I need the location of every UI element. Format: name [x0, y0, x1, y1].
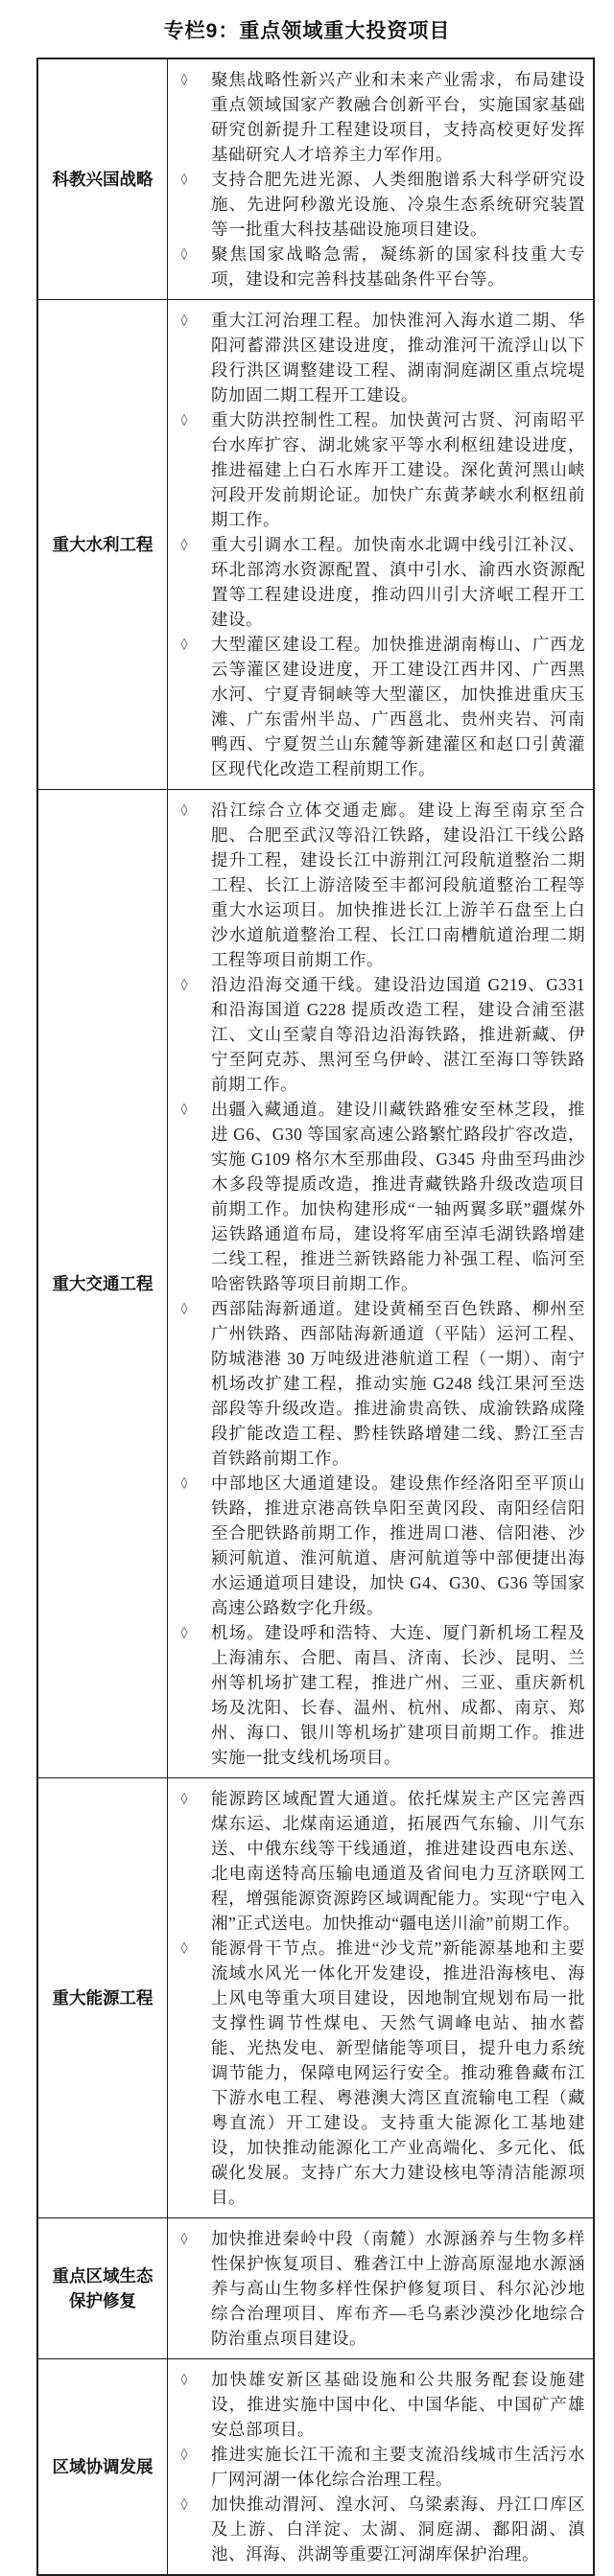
list-item-text: 支持合肥先进光源、人类细胞谱系大科学研究设施、先进阿秒激光设施、冷泉生态系统研究…: [211, 167, 585, 242]
list-item: ◇ 沿江综合立体交通走廊。建设上海至南京至合肥、合肥至武汉等沿江铁路，建设沿江干…: [179, 798, 585, 972]
page-title: 专栏9：重点领域重大投资项目: [0, 15, 614, 44]
list-item: ◇ 机场。建设呼和浩特、大连、厦门新机场工程及上海浦东、合肥、南昌、济南、长沙、…: [179, 1620, 585, 1770]
list-item-text: 能源骨干节点。推进“沙戈荒”新能源基地和主要流域水风光一体化开发建设，推进沿海核…: [211, 1936, 585, 2210]
list-item-text: 出疆入藏通道。建设川藏铁路雅安至林芝段，推进 G6、G30 等国家高速公路繁忙路…: [211, 1097, 585, 1296]
list-item-text: 机场。建设呼和浩特、大连、厦门新机场工程及上海浦东、合肥、南昌、济南、长沙、昆明…: [211, 1620, 585, 1770]
list-item: ◇ 能源骨干节点。推进“沙戈荒”新能源基地和主要流域水风光一体化开发建设，推进沿…: [179, 1936, 585, 2210]
list-item-text: 重大防洪控制性工程。加快黄河古贤、河南昭平台水库扩容、湖北姚家平等水利枢纽建设进…: [211, 407, 585, 532]
row-content-cell: ◇ 能源跨区域配置大通道。依托煤炭主产区完善西煤东运、北煤南运通道，拓展西气东输…: [168, 1778, 595, 2218]
row-content-cell: ◇ 沿江综合立体交通走廊。建设上海至南京至合肥、合肥至武汉等沿江铁路，建设沿江干…: [168, 790, 595, 1778]
row-content-cell: ◇ 重大江河治理工程。加快淮河入海水道二期、华阳河蓄滞洪区建设进度，推动淮河干流…: [168, 300, 595, 790]
list-item-text: 重大江河治理工程。加快淮河入海水道二期、华阳河蓄滞洪区建设进度，推动淮河干流浮山…: [211, 308, 585, 407]
document-page: 专栏9：重点领域重大投资项目 科教兴国战略 ◇ 聚焦战略性新兴产业和未来产业需求…: [0, 0, 614, 2576]
list-item: ◇ 西部陆海新通道。建设黄桶至百色铁路、柳州至广州铁路、西部陆海新通道（平陆）运…: [179, 1296, 585, 1471]
table-body: 科教兴国战略 ◇ 聚焦战略性新兴产业和未来产业需求，布局建设重点领域国家产教融合…: [37, 58, 594, 2575]
list-item: ◇ 中部地区大通道建设。建设焦作经洛阳至平顶山铁路，推进京港高铁阜阳至黄冈段、南…: [179, 1471, 585, 1620]
row-content-cell: ◇ 聚焦战略性新兴产业和未来产业需求，布局建设重点领域国家产教融合创新平台，实施…: [168, 58, 595, 300]
list-item: ◇ 加快推动渭河、湟水河、乌梁素海、丹江口库区及上游、白洋淀、太湖、洞庭湖、鄱阳…: [179, 2492, 585, 2566]
row-header-label: 重大水利工程: [37, 300, 168, 790]
row-content-cell: ◇ 加快雄安新区基础设施和公共服务配套设施建设，推进实施中国中化、中国华能、中国…: [168, 2359, 595, 2576]
table-row: 重大交通工程 ◇ 沿江综合立体交通走廊。建设上海至南京至合肥、合肥至武汉等沿江铁…: [37, 790, 594, 1778]
table-row: 科教兴国战略 ◇ 聚焦战略性新兴产业和未来产业需求，布局建设重点领域国家产教融合…: [37, 58, 594, 300]
diamond-bullet-icon: ◇: [179, 167, 197, 192]
diamond-bullet-icon: ◇: [179, 242, 197, 267]
diamond-bullet-icon: ◇: [179, 532, 197, 557]
diamond-bullet-icon: ◇: [179, 1936, 197, 1961]
list-item-text: 能源跨区域配置大通道。依托煤炭主产区完善西煤东运、北煤南运通道，拓展西气东输、川…: [211, 1786, 585, 1936]
list-item: ◇ 加快雄安新区基础设施和公共服务配套设施建设，推进实施中国中化、中国华能、中国…: [179, 2367, 585, 2442]
list-item-text: 聚焦战略性新兴产业和未来产业需求，布局建设重点领域国家产教融合创新平台，实施国家…: [211, 67, 585, 167]
diamond-bullet-icon: ◇: [179, 1786, 197, 1811]
diamond-bullet-icon: ◇: [179, 2367, 197, 2392]
diamond-bullet-icon: ◇: [179, 67, 197, 92]
list-item: ◇ 聚焦国家战略急需，凝练新的国家科技重大专项，建设和完善科技基础条件平台等。: [179, 242, 585, 291]
row-header-label: 科教兴国战略: [37, 58, 168, 300]
diamond-bullet-icon: ◇: [179, 798, 197, 823]
list-item: ◇ 沿边沿海交通干线。建设沿边国道 G219、G331 和沿海国道 G228 提…: [179, 972, 585, 1097]
list-item: ◇ 加快推进秦岭中段（南麓）水源涵养与生物多样性保护恢复项目、雅砻江中上游高原湿…: [179, 2226, 585, 2351]
row-content-cell: ◇ 加快推进秦岭中段（南麓）水源涵养与生物多样性保护恢复项目、雅砻江中上游高原湿…: [168, 2218, 595, 2359]
row-header-label: 区域协调发展: [37, 2359, 168, 2576]
list-item-text: 重大引调水工程。加快南水北调中线引江补汉、环北部湾水资源配置、滇中引水、渝西水资…: [211, 532, 585, 632]
list-item-text: 加快推进秦岭中段（南麓）水源涵养与生物多样性保护恢复项目、雅砻江中上游高原湿地水…: [211, 2226, 585, 2351]
list-item: ◇ 大型灌区建设工程。加快推进湖南梅山、广西龙云等灌区建设进度，开工建设江西井冈…: [179, 632, 585, 781]
table-row: 重点区域生态保护修复 ◇ 加快推进秦岭中段（南麓）水源涵养与生物多样性保护恢复项…: [37, 2218, 594, 2359]
list-item-text: 加快雄安新区基础设施和公共服务配套设施建设，推进实施中国中化、中国华能、中国矿产…: [211, 2367, 585, 2442]
diamond-bullet-icon: ◇: [179, 632, 197, 657]
diamond-bullet-icon: ◇: [179, 1471, 197, 1496]
list-item: ◇ 聚焦战略性新兴产业和未来产业需求，布局建设重点领域国家产教融合创新平台，实施…: [179, 67, 585, 167]
list-item-text: 大型灌区建设工程。加快推进湖南梅山、广西龙云等灌区建设进度，开工建设江西井冈、广…: [211, 632, 585, 781]
list-item-text: 沿江综合立体交通走廊。建设上海至南京至合肥、合肥至武汉等沿江铁路，建设沿江干线公…: [211, 798, 585, 972]
list-item-text: 加快推动渭河、湟水河、乌梁素海、丹江口库区及上游、白洋淀、太湖、洞庭湖、鄱阳湖、…: [211, 2492, 585, 2566]
row-header-label: 重点区域生态保护修复: [37, 2218, 168, 2359]
diamond-bullet-icon: ◇: [179, 2226, 197, 2251]
diamond-bullet-icon: ◇: [179, 407, 197, 432]
list-item: ◇ 推进实施长江干流和主要支流沿线城市生活污水厂网河湖一体化综合治理工程。: [179, 2442, 585, 2492]
diamond-bullet-icon: ◇: [179, 1620, 197, 1645]
table-row: 重大能源工程 ◇ 能源跨区域配置大通道。依托煤炭主产区完善西煤东运、北煤南运通道…: [37, 1778, 594, 2218]
investment-projects-table: 科教兴国战略 ◇ 聚焦战略性新兴产业和未来产业需求，布局建设重点领域国家产教融合…: [36, 58, 595, 2576]
list-item: ◇ 重大江河治理工程。加快淮河入海水道二期、华阳河蓄滞洪区建设进度，推动淮河干流…: [179, 308, 585, 407]
row-header-label: 重大能源工程: [37, 1778, 168, 2218]
diamond-bullet-icon: ◇: [179, 1296, 197, 1321]
row-header-label: 重大交通工程: [37, 790, 168, 1778]
list-item-text: 西部陆海新通道。建设黄桶至百色铁路、柳州至广州铁路、西部陆海新通道（平陆）运河工…: [211, 1296, 585, 1471]
table-row: 区域协调发展 ◇ 加快雄安新区基础设施和公共服务配套设施建设，推进实施中国中化、…: [37, 2359, 594, 2576]
list-item: ◇ 能源跨区域配置大通道。依托煤炭主产区完善西煤东运、北煤南运通道，拓展西气东输…: [179, 1786, 585, 1936]
diamond-bullet-icon: ◇: [179, 1097, 197, 1122]
list-item-text: 中部地区大通道建设。建设焦作经洛阳至平顶山铁路，推进京港高铁阜阳至黄冈段、南阳经…: [211, 1471, 585, 1620]
diamond-bullet-icon: ◇: [179, 2442, 197, 2467]
list-item: ◇ 重大防洪控制性工程。加快黄河古贤、河南昭平台水库扩容、湖北姚家平等水利枢纽建…: [179, 407, 585, 532]
table-row: 重大水利工程 ◇ 重大江河治理工程。加快淮河入海水道二期、华阳河蓄滞洪区建设进度…: [37, 300, 594, 790]
list-item-text: 聚焦国家战略急需，凝练新的国家科技重大专项，建设和完善科技基础条件平台等。: [211, 242, 585, 291]
list-item-text: 推进实施长江干流和主要支流沿线城市生活污水厂网河湖一体化综合治理工程。: [211, 2442, 585, 2492]
list-item-text: 沿边沿海交通干线。建设沿边国道 G219、G331 和沿海国道 G228 提质改…: [211, 972, 585, 1097]
list-item: ◇ 支持合肥先进光源、人类细胞谱系大科学研究设施、先进阿秒激光设施、冷泉生态系统…: [179, 167, 585, 242]
diamond-bullet-icon: ◇: [179, 308, 197, 333]
list-item: ◇ 重大引调水工程。加快南水北调中线引江补汉、环北部湾水资源配置、滇中引水、渝西…: [179, 532, 585, 632]
diamond-bullet-icon: ◇: [179, 2492, 197, 2517]
diamond-bullet-icon: ◇: [179, 972, 197, 997]
list-item: ◇ 出疆入藏通道。建设川藏铁路雅安至林芝段，推进 G6、G30 等国家高速公路繁…: [179, 1097, 585, 1296]
